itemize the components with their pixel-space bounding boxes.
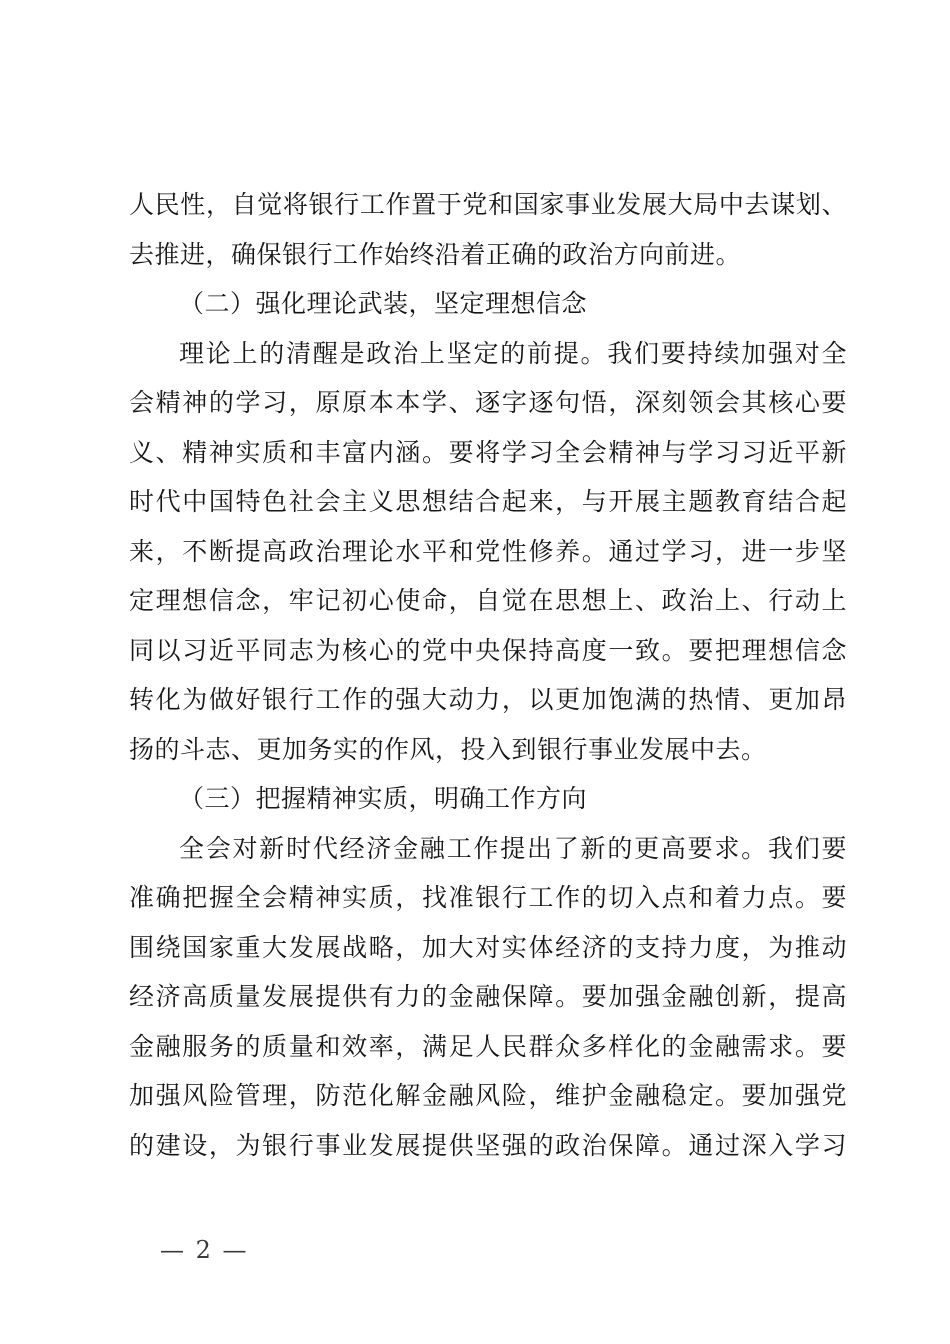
heading-line: （二）强化理论武装，坚定理想信念	[129, 280, 847, 330]
text-line: 会精神的学习，原原本本学、逐字逐句悟，深刻领会其核心要	[129, 379, 847, 429]
text-line: 义、精神实质和丰富内涵。要将学习全会精神与学习习近平新	[129, 429, 847, 479]
text-line: 经济高质量发展提供有力的金融保障。要加强金融创新，提高	[129, 973, 847, 1023]
paragraph-continuation: 人民性，自觉将银行工作置于党和国家事业发展大局中去谋划、 去推进，确保银行工作始…	[129, 181, 847, 280]
page-number: — 2 —	[160, 1236, 249, 1264]
text-line: 来，不断提高政治理论水平和党性修养。通过学习，进一步坚	[129, 528, 847, 578]
text-line: 扬的斗志、更加务实的作风，投入到银行事业发展中去。	[129, 726, 847, 776]
text-line: 人民性，自觉将银行工作置于党和国家事业发展大局中去谋划、	[129, 181, 847, 231]
text-line: 的建设，为银行事业发展提供坚强的政治保障。通过深入学习	[129, 1122, 847, 1172]
text-line: 围绕国家重大发展战略，加大对实体经济的支持力度，为推动	[129, 924, 847, 974]
text-line: 准确把握全会精神实质，找准银行工作的切入点和着力点。要	[129, 874, 847, 924]
section-heading-3: （三）把握精神实质，明确工作方向	[129, 775, 847, 825]
document-page: 人民性，自觉将银行工作置于党和国家事业发展大局中去谋划、 去推进，确保银行工作始…	[0, 0, 950, 1344]
paragraph-work-direction: 全会对新时代经济金融工作提出了新的更高要求。我们要 准确把握全会精神实质，找准银…	[129, 825, 847, 1172]
text-line: 转化为做好银行工作的强大动力，以更加饱满的热情、更加昂	[129, 676, 847, 726]
document-content: 人民性，自觉将银行工作置于党和国家事业发展大局中去谋划、 去推进，确保银行工作始…	[129, 181, 847, 1171]
text-line: 定理想信念，牢记初心使命，自觉在思想上、政治上、行动上	[129, 577, 847, 627]
text-line: 金融服务的质量和效率，满足人民群众多样化的金融需求。要	[129, 1023, 847, 1073]
text-line: 加强风险管理，防范化解金融风险，维护金融稳定。要加强党	[129, 1072, 847, 1122]
text-line: 时代中国特色社会主义思想结合起来，与开展主题教育结合起	[129, 478, 847, 528]
text-line: 同以习近平同志为核心的党中央保持高度一致。要把理想信念	[129, 627, 847, 677]
text-line: 理论上的清醒是政治上坚定的前提。我们要持续加强对全	[129, 330, 847, 380]
text-line: 全会对新时代经济金融工作提出了新的更高要求。我们要	[129, 825, 847, 875]
section-heading-2: （二）强化理论武装，坚定理想信念	[129, 280, 847, 330]
heading-line: （三）把握精神实质，明确工作方向	[129, 775, 847, 825]
paragraph-theory: 理论上的清醒是政治上坚定的前提。我们要持续加强对全 会精神的学习，原原本本学、逐…	[129, 330, 847, 776]
text-line: 去推进，确保银行工作始终沿着正确的政治方向前进。	[129, 231, 847, 281]
